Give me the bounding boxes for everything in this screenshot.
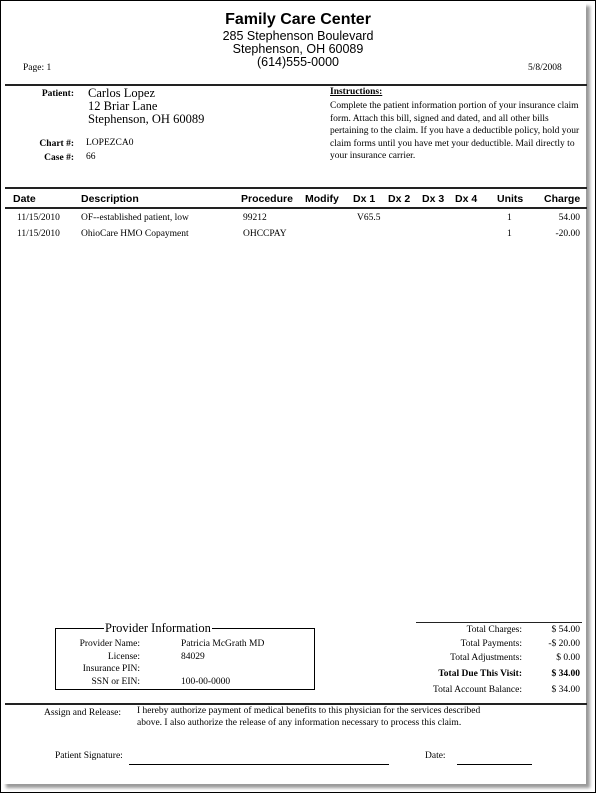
total-due-label: Total Due This Visit:	[372, 669, 522, 679]
col-date: Date	[13, 193, 36, 205]
case-label: Case #:	[14, 153, 74, 163]
page-number: Page: 1	[23, 63, 51, 73]
totals-divider	[416, 622, 582, 623]
assign-release-label: Assign and Release:	[44, 708, 121, 718]
col-dx3: Dx 3	[422, 193, 444, 205]
signature-date-label: Date:	[425, 751, 446, 761]
table-top-divider	[5, 187, 587, 189]
insurance-pin-label: Insurance PIN:	[50, 664, 140, 674]
row-charge: 54.00	[520, 213, 580, 223]
col-charge: Charge	[544, 193, 580, 205]
total-adjustments: $ 0.00	[520, 653, 580, 663]
print-date: 5/8/2008	[528, 63, 562, 73]
patient-signature-line[interactable]	[129, 764, 389, 765]
col-modify: Modify	[305, 193, 339, 205]
total-payments-label: Total Payments:	[372, 639, 522, 649]
col-dx1: Dx 1	[353, 193, 375, 205]
provider-name-label: Provider Name:	[50, 639, 140, 649]
table-header-divider	[5, 207, 587, 209]
chart-number: LOPEZCA0	[86, 138, 134, 148]
row-dx1: V65.5	[357, 213, 381, 223]
col-dx4: Dx 4	[455, 193, 477, 205]
row-description: OhioCare HMO Copayment	[81, 229, 189, 239]
row-date: 11/15/2010	[17, 213, 60, 223]
row-units: 1	[507, 229, 512, 239]
assign-release-line1: I hereby authorize payment of medical be…	[137, 706, 480, 716]
provider-info-title: Provider Information	[104, 621, 212, 636]
col-procedure: Procedure	[241, 193, 293, 205]
total-adjustments-label: Total Adjustments:	[372, 653, 522, 663]
ssn-value: 100-00-0000	[181, 677, 230, 687]
case-number: 66	[86, 152, 96, 162]
provider-name: Patricia McGrath MD	[181, 639, 264, 649]
signature-date-line[interactable]	[457, 764, 532, 765]
row-procedure: OHCCPAY	[243, 229, 287, 239]
total-charges: $ 54.00	[520, 625, 580, 635]
col-description: Description	[81, 193, 139, 205]
footer-divider	[5, 703, 587, 705]
patient-city: Stephenson, OH 60089	[88, 113, 204, 127]
clinic-name: Family Care Center	[0, 11, 596, 29]
row-procedure: 99212	[243, 213, 267, 223]
clinic-phone: (614)555-0000	[0, 56, 596, 70]
instructions-heading: Instructions:	[330, 87, 382, 97]
chart-label: Chart #:	[14, 139, 74, 149]
instructions-text: Complete the patient information portion…	[330, 100, 580, 163]
total-payments: -$ 20.00	[520, 639, 580, 649]
col-units: Units	[497, 193, 523, 205]
patient-signature-label: Patient Signature:	[55, 751, 123, 761]
row-date: 11/15/2010	[17, 229, 60, 239]
license-label: License:	[50, 652, 140, 662]
license-number: 84029	[181, 652, 205, 662]
row-description: OF--established patient, low	[81, 213, 189, 223]
ssn-label: SSN or EIN:	[50, 677, 140, 687]
patient-label: Patient:	[14, 89, 74, 99]
col-dx2: Dx 2	[388, 193, 410, 205]
account-balance: $ 34.00	[520, 685, 580, 695]
total-due: $ 34.00	[520, 669, 580, 679]
row-units: 1	[507, 213, 512, 223]
total-charges-label: Total Charges:	[372, 625, 522, 635]
account-balance-label: Total Account Balance:	[372, 685, 522, 695]
assign-release-line2: above. I also authorize the release of a…	[137, 718, 461, 728]
row-charge: -20.00	[520, 229, 580, 239]
